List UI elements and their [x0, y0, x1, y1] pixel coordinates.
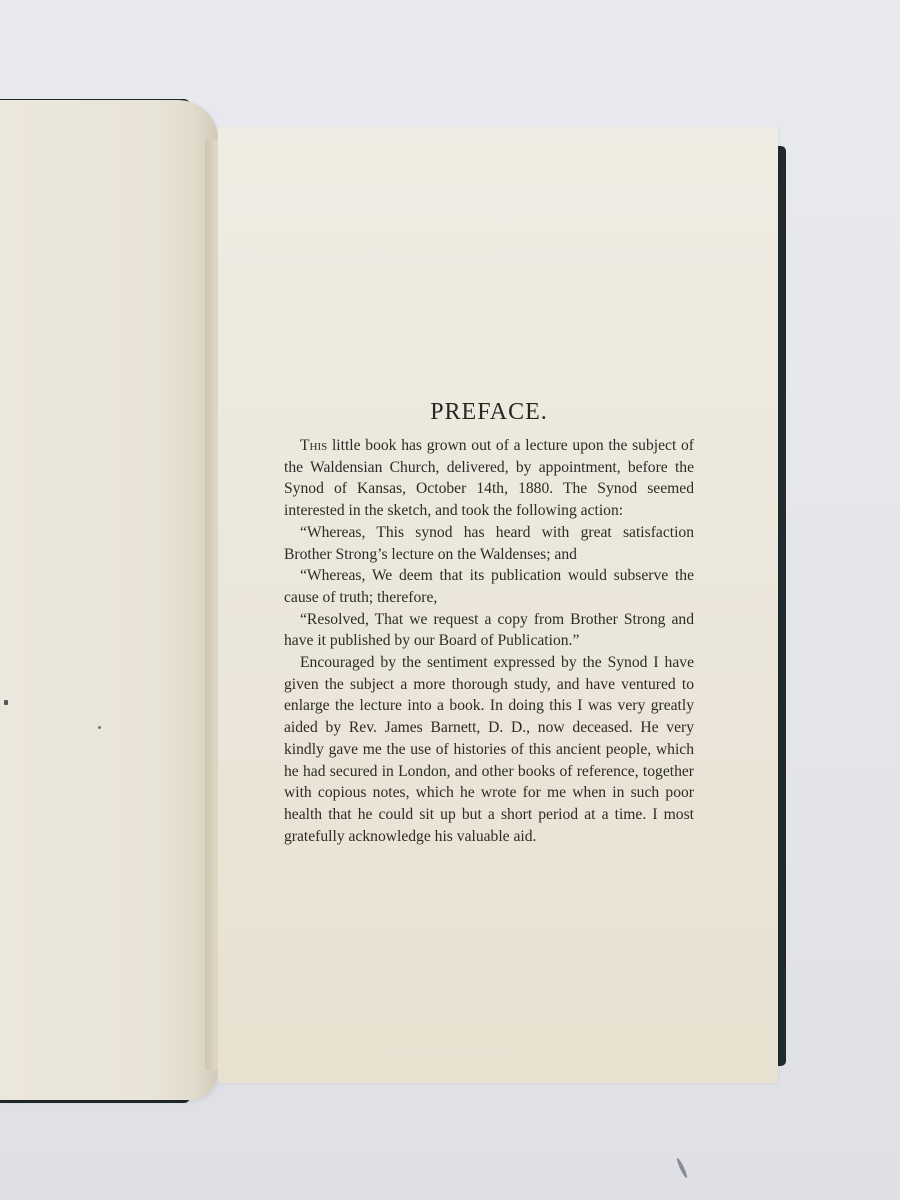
lead-word: This: [300, 437, 327, 454]
paragraph-3: “Whereas, We deem that its publication w…: [284, 565, 694, 608]
page-title: PREFACE.: [284, 397, 694, 427]
surface-mark: [676, 1157, 689, 1179]
preface-text: PREFACE. This little book has grown out …: [284, 397, 694, 847]
paragraph-5: Encouraged by the sentiment expressed by…: [284, 652, 694, 847]
left-page-blank: [0, 100, 218, 1100]
paragraph-text: little book has grown out of a lecture u…: [284, 437, 694, 519]
paper-speck: [98, 726, 101, 729]
print-mark: [4, 700, 8, 705]
paragraph-2: “Whereas, This synod has heard with grea…: [284, 522, 694, 565]
paragraph-1: This little book has grown out of a lect…: [284, 435, 694, 522]
book-photo: PREFACE. This little book has grown out …: [0, 0, 900, 1200]
paragraph-4: “Resolved, That we request a copy from B…: [284, 609, 694, 652]
